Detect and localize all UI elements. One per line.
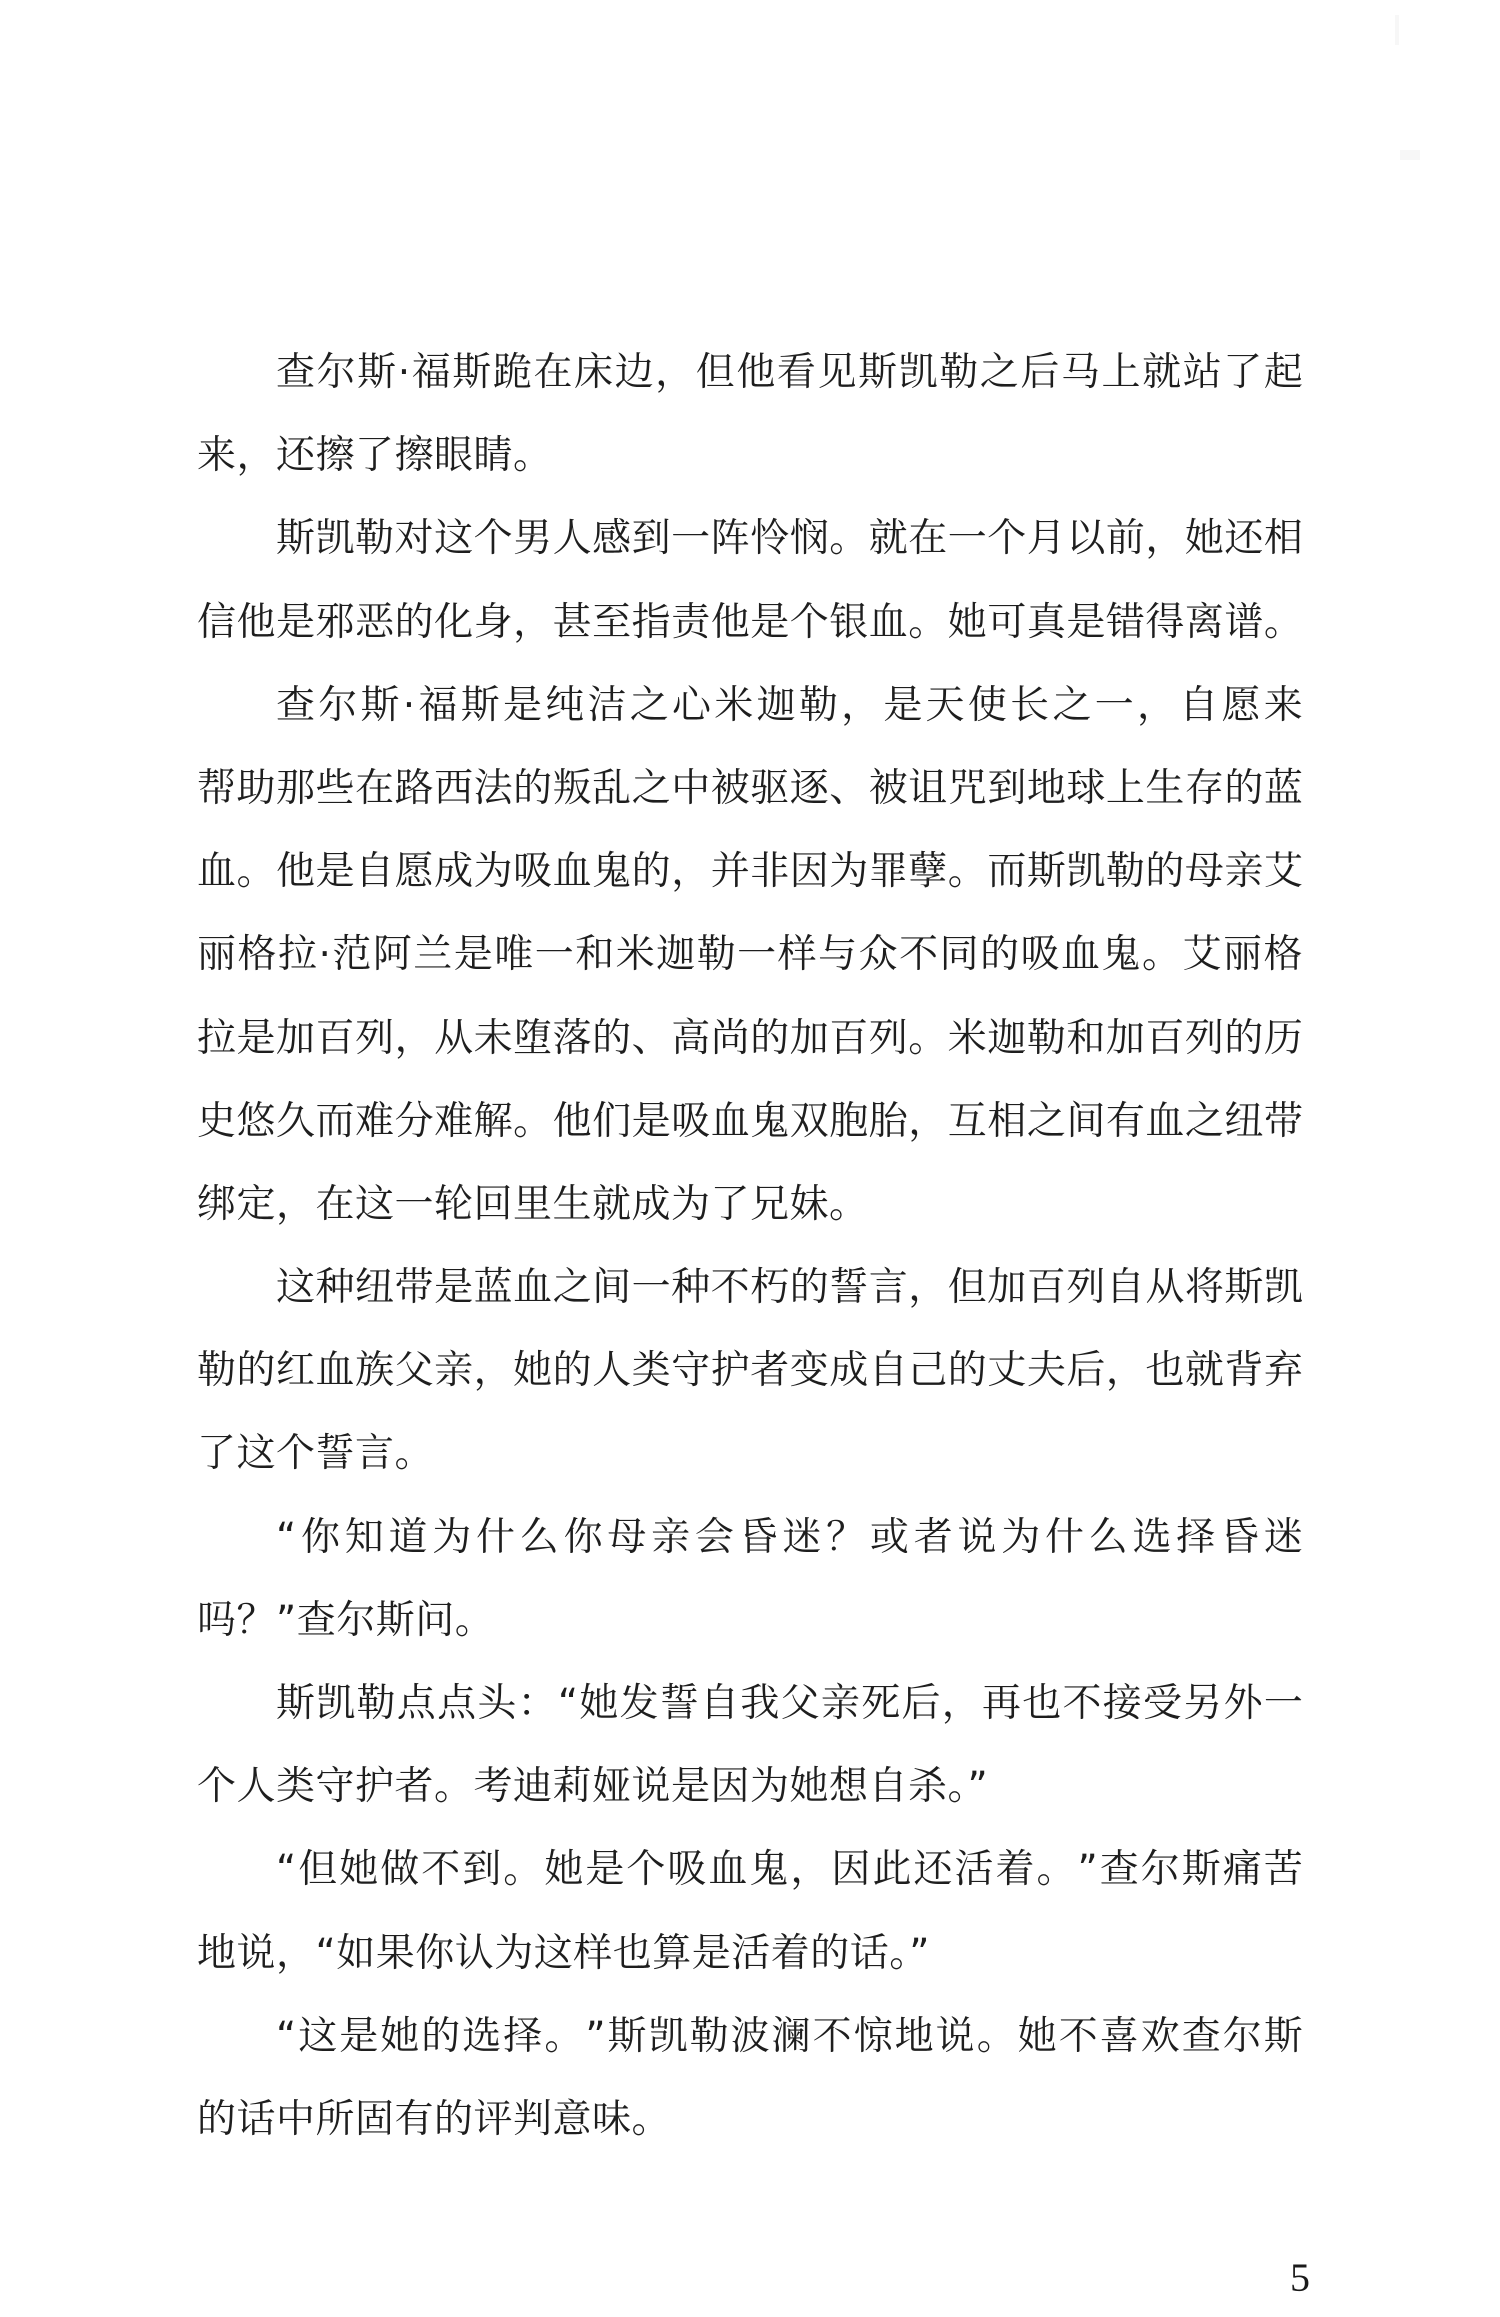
text-line: 血。他是自愿成为吸血鬼的，并非因为罪孽。而斯凯勒的母亲艾 — [197, 830, 1303, 913]
text-line: 来，还擦了擦眼睛。 — [197, 414, 1303, 497]
text-line: 斯凯勒点点头：“她发誓自我父亲死后，再也不接受另外一 — [197, 1662, 1303, 1745]
text-line: 拉是加百列，从未堕落的、高尚的加百列。米迦勒和加百列的历 — [197, 997, 1303, 1080]
text-line: 这种纽带是蓝血之间一种不朽的誓言，但加百列自从将斯凯 — [197, 1246, 1303, 1329]
paragraph-1: 查尔斯·福斯跪在床边，但他看见斯凯勒之后马上就站了起 来，还擦了擦眼睛。 — [197, 331, 1303, 497]
page-number: 5 — [1290, 2256, 1310, 2300]
text-line: 史悠久而难分难解。他们是吸血鬼双胞胎，互相之间有血之纽带 — [197, 1080, 1303, 1163]
text-line: 丽格拉·范阿兰是唯一和米迦勒一样与众不同的吸血鬼。艾丽格 — [197, 913, 1303, 996]
text-line: “这是她的选择。”斯凯勒波澜不惊地说。她不喜欢查尔斯 — [197, 1995, 1303, 2078]
book-page: 查尔斯·福斯跪在床边，但他看见斯凯勒之后马上就站了起 来，还擦了擦眼睛。 斯凯勒… — [0, 0, 1500, 2317]
scan-noise — [1400, 150, 1420, 160]
text-line: 地说，“如果你认为这样也算是活着的话。” — [197, 1912, 1303, 1995]
paragraph-6: 斯凯勒点点头：“她发誓自我父亲死后，再也不接受另外一 个人类守护者。考迪莉娅说是… — [197, 1662, 1303, 1828]
text-line: 吗？”查尔斯问。 — [197, 1579, 1303, 1662]
text-line: 个人类守护者。考迪莉娅说是因为她想自杀。” — [197, 1745, 1303, 1828]
paragraph-7: “但她做不到。她是个吸血鬼，因此还活着。”查尔斯痛苦 地说，“如果你认为这样也算… — [197, 1828, 1303, 1994]
text-line: “但她做不到。她是个吸血鬼，因此还活着。”查尔斯痛苦 — [197, 1828, 1303, 1911]
text-line: 查尔斯·福斯跪在床边，但他看见斯凯勒之后马上就站了起 — [197, 331, 1303, 414]
text-line: “你知道为什么你母亲会昏迷？或者说为什么选择昏迷 — [197, 1496, 1303, 1579]
text-line: 勒的红血族父亲，她的人类守护者变成自己的丈夫后，也就背弃 — [197, 1329, 1303, 1412]
paragraph-4: 这种纽带是蓝血之间一种不朽的誓言，但加百列自从将斯凯 勒的红血族父亲，她的人类守… — [197, 1246, 1303, 1496]
paragraph-5: “你知道为什么你母亲会昏迷？或者说为什么选择昏迷 吗？”查尔斯问。 — [197, 1496, 1303, 1662]
paragraph-2: 斯凯勒对这个男人感到一阵怜悯。就在一个月以前，她还相 信他是邪恶的化身，甚至指责… — [197, 497, 1303, 663]
text-line: 帮助那些在路西法的叛乱之中被驱逐、被诅咒到地球上生存的蓝 — [197, 747, 1303, 830]
text-line: 查尔斯·福斯是纯洁之心米迦勒，是天使长之一，自愿来 — [197, 664, 1303, 747]
text-line: 信他是邪恶的化身，甚至指责他是个银血。她可真是错得离谱。 — [197, 581, 1303, 664]
scan-noise — [1395, 15, 1399, 45]
paragraph-3: 查尔斯·福斯是纯洁之心米迦勒，是天使长之一，自愿来 帮助那些在路西法的叛乱之中被… — [197, 664, 1303, 1246]
text-line: 的话中所固有的评判意味。 — [197, 2078, 1303, 2161]
body-text: 查尔斯·福斯跪在床边，但他看见斯凯勒之后马上就站了起 来，还擦了擦眼睛。 斯凯勒… — [197, 331, 1303, 2161]
text-line: 了这个誓言。 — [197, 1412, 1303, 1495]
paragraph-8: “这是她的选择。”斯凯勒波澜不惊地说。她不喜欢查尔斯 的话中所固有的评判意味。 — [197, 1995, 1303, 2161]
text-line: 绑定，在这一轮回里生就成为了兄妹。 — [197, 1163, 1303, 1246]
text-line: 斯凯勒对这个男人感到一阵怜悯。就在一个月以前，她还相 — [197, 497, 1303, 580]
